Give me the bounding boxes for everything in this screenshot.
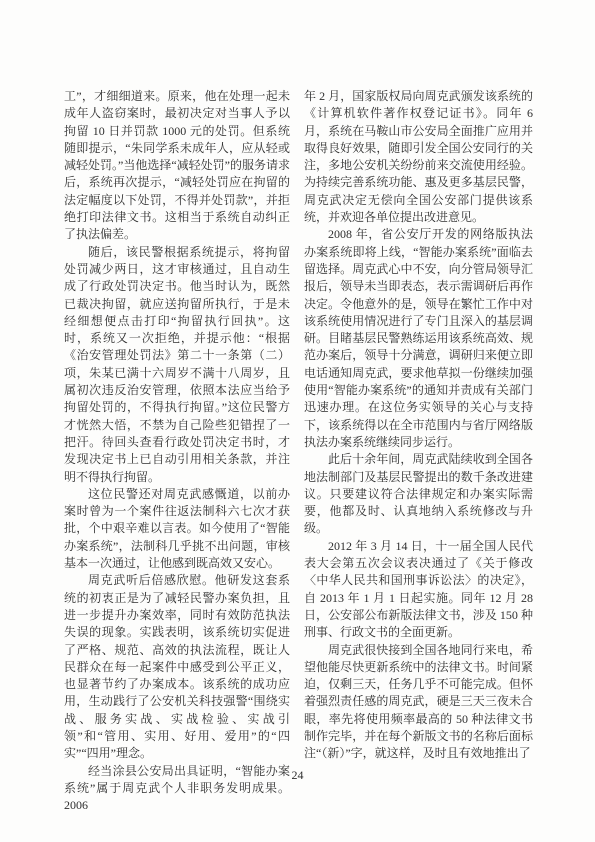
text-column-right: 年 2 月，国家版权局向周克武颁发该系统的《计算机软件著作权登记证书》。同年 6… (304, 88, 533, 763)
text-column-left: 工”，才细细道来。原来，他在处理一起未成年人盗窃案时，最初决定对当事人予以拘留 … (64, 88, 290, 814)
paragraph-continuation: 工”，才细细道来。原来，他在处理一起未成年人盗窃案时，最初决定对当事人予以拘留 … (64, 88, 290, 244)
paragraph: 这位民警还对周克武感慨道，以前办案时曾为一个案件往返法制科六七次才获批，个中艰辛… (64, 486, 290, 572)
paragraph: 周克武很快接到全国各地同行来电，希望他能尽快更新系统中的法律文书。时间紧迫，仅剩… (304, 642, 533, 763)
paragraph: 2008 年，省公安厅开发的网络版执法办案系统即将上线，“智能办案系统”面临去留… (304, 226, 533, 451)
paragraph: 周克武听后倍感欣慰。他研发这套系统的初衷正是为了减轻民警办案负担，且进一步提升办… (64, 572, 290, 762)
paragraph: 2012 年 3 月 14 日，十一届全国人民代表大会第五次会议表决通过了《关于… (304, 538, 533, 642)
paragraph: 此后十余年间，周克武陆续收到全国各地法制部门及基层民警提出的数千条改进建议。只要… (304, 451, 533, 537)
page-number: 24 (0, 768, 595, 783)
book-page: 工”，才细细道来。原来，他在处理一起未成年人盗窃案时，最初决定对当事人予以拘留 … (0, 0, 595, 842)
paragraph-continuation: 年 2 月，国家版权局向周克武颁发该系统的《计算机软件著作权登记证书》。同年 6… (304, 88, 533, 226)
paragraph: 随后，该民警根据系统提示，将拘留处罚减少两日，这才审核通过，且自动生成了行政处罚… (64, 244, 290, 486)
